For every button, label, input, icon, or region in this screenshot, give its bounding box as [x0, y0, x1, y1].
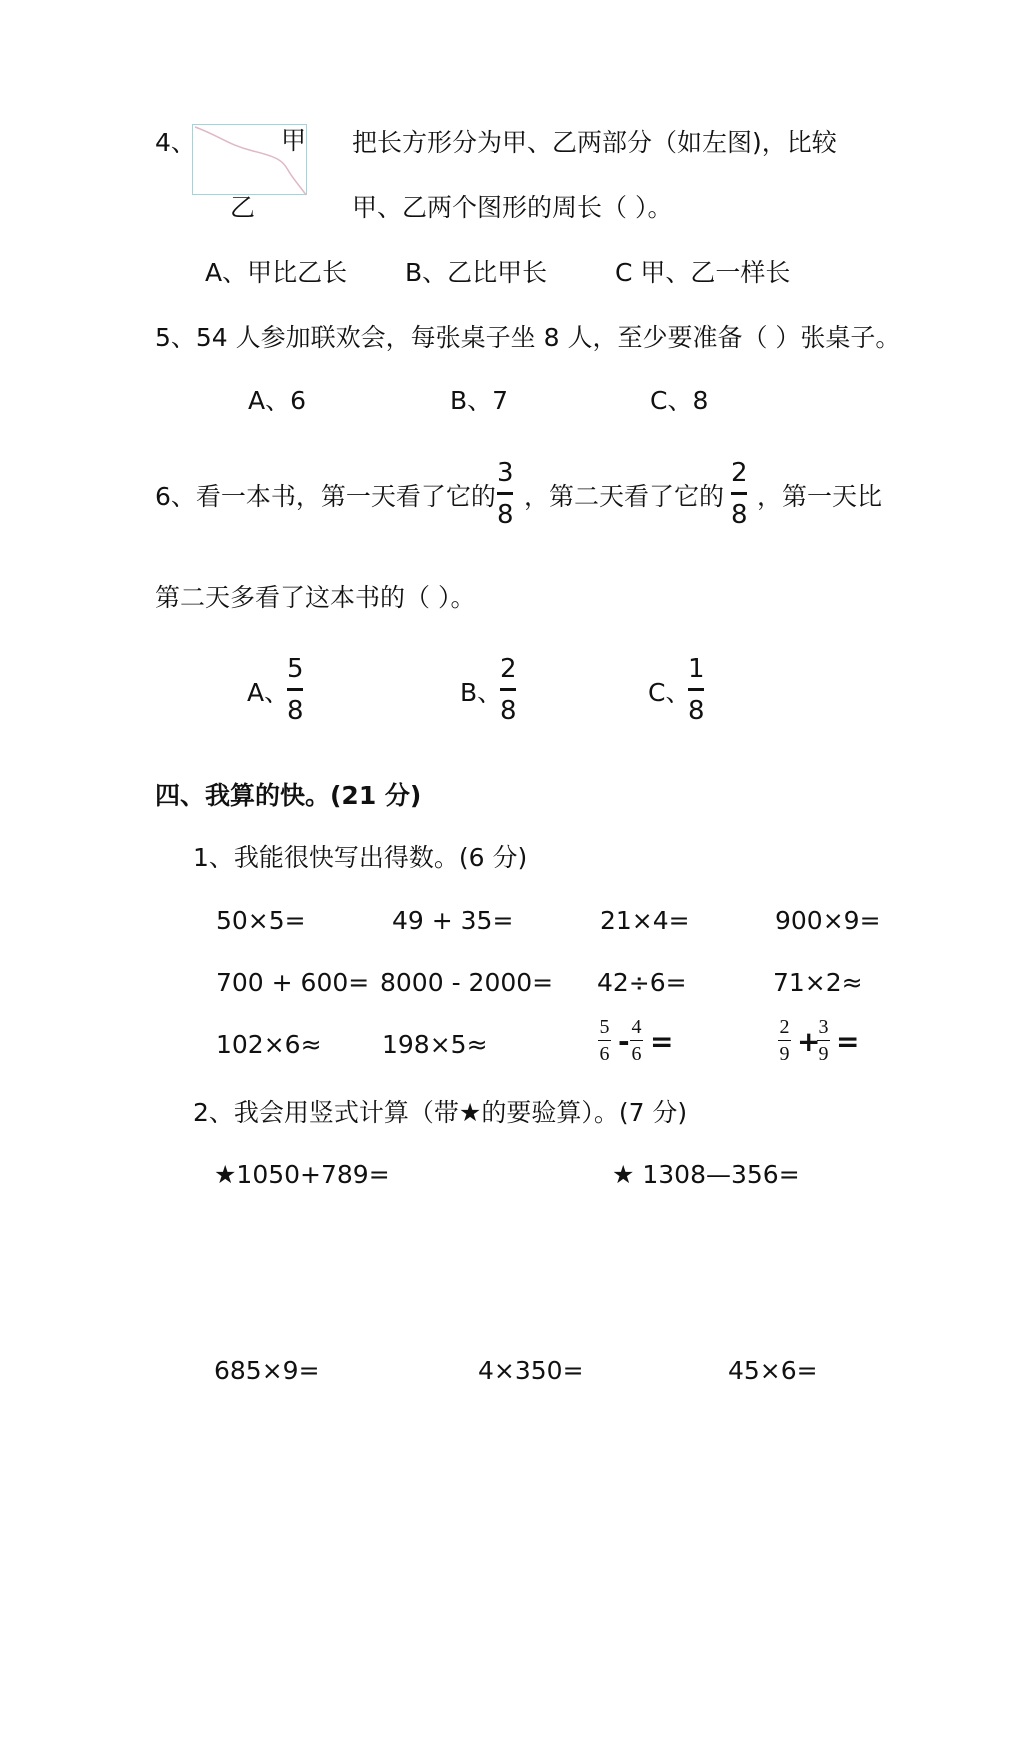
fraction-bar [497, 492, 513, 495]
q6-fraction-1: 3 8 [497, 460, 514, 528]
numerator: 3 [819, 1017, 829, 1037]
calc-r1-c1: 50×5= [216, 908, 306, 933]
denominator: 8 [287, 698, 304, 724]
minus-operator: - [618, 1028, 630, 1056]
equals-sign: = [836, 1028, 859, 1056]
sub2-title: 2、我会用竖式计算（带★的要验算）。(7 分) [193, 1100, 687, 1125]
numerator: 2 [500, 656, 517, 682]
fraction-bar [778, 1040, 791, 1041]
q6-part3: ，第一天比 [757, 484, 882, 509]
q5-text: 5、54 人参加联欢会，每张桌子坐 8 人，至少要准备（ ）张桌子。 [155, 325, 900, 350]
denominator: 6 [600, 1044, 610, 1064]
q6-option-b-fraction: 2 8 [500, 656, 517, 724]
numerator: 2 [731, 460, 748, 486]
q6-option-c-fraction: 1 8 [688, 656, 705, 724]
denominator: 8 [497, 502, 514, 528]
q6-part1: 6、看一本书，第一天看了它的 [155, 484, 496, 509]
q6-option-a-fraction: 5 8 [287, 656, 304, 724]
calc-r3-c4-frac-a: 2 9 [778, 1017, 791, 1064]
calc-r2-c1: 700 + 600= [216, 970, 369, 995]
numerator: 2 [780, 1017, 790, 1037]
numerator: 4 [632, 1017, 642, 1037]
section-4-heading: 四、我算的快。(21 分) [155, 783, 421, 808]
calc-r3-c4-frac-b: 3 9 [817, 1017, 830, 1064]
q6-part2: ，第二天看了它的 [524, 484, 724, 509]
q6-option-b-label: B、 [460, 680, 502, 705]
q4-line2: 甲、乙两个图形的周长（ ）。 [352, 195, 672, 220]
vertical-calc-3: 45×6= [728, 1358, 818, 1383]
calc-r3-c3-frac-b: 4 6 [630, 1017, 643, 1064]
fraction-bar [731, 492, 747, 495]
calc-r2-c3: 42÷6= [597, 970, 687, 995]
denominator: 8 [688, 698, 705, 724]
denominator: 9 [819, 1044, 829, 1064]
calc-r3-c2: 198×5≈ [382, 1032, 488, 1057]
q4-option-a: A、甲比乙长 [205, 260, 347, 285]
fraction-bar [630, 1040, 643, 1041]
vertical-calc-starred-2: ★ 1308—356= [612, 1162, 800, 1187]
fraction-bar [688, 688, 704, 691]
calc-r2-c4: 71×2≈ [773, 970, 863, 995]
fraction-bar [500, 688, 516, 691]
q6-line2: 第二天多看了这本书的（ ）。 [155, 585, 475, 610]
calc-r3-c3-frac-a: 5 6 [598, 1017, 611, 1064]
numerator: 5 [600, 1017, 610, 1037]
numerator: 1 [688, 656, 705, 682]
denominator: 9 [780, 1044, 790, 1064]
numerator: 5 [287, 656, 304, 682]
q4-option-c: C 甲、乙一样长 [615, 260, 790, 285]
calc-r3-c1: 102×6≈ [216, 1032, 322, 1057]
q4-option-b: B、乙比甲长 [405, 260, 547, 285]
vertical-calc-2: 4×350= [478, 1358, 584, 1383]
denominator: 8 [500, 698, 517, 724]
calc-r1-c2: 49 + 35= [392, 908, 513, 933]
q5-option-a: A、6 [248, 388, 306, 413]
fraction-bar [287, 688, 303, 691]
vertical-calc-starred-1: ★1050+789= [214, 1162, 390, 1187]
q6-option-c-label: C、 [648, 680, 690, 705]
q6-fraction-2: 2 8 [731, 460, 748, 528]
denominator: 8 [731, 502, 748, 528]
q4-number: 4、 [155, 130, 196, 155]
q5-option-c: C、8 [650, 388, 708, 413]
sub1-title: 1、我能很快写出得数。(6 分) [193, 845, 527, 870]
calc-r1-c4: 900×9= [775, 908, 881, 933]
vertical-calc-1: 685×9= [214, 1358, 320, 1383]
q5-option-b: B、7 [450, 388, 508, 413]
equals-sign: = [650, 1028, 673, 1056]
q6-option-a-label: A、 [247, 680, 289, 705]
calc-r1-c3: 21×4= [600, 908, 690, 933]
fraction-bar [817, 1040, 830, 1041]
fraction-bar [598, 1040, 611, 1041]
numerator: 3 [497, 460, 514, 486]
calc-r2-c2: 8000 - 2000= [380, 970, 553, 995]
figure-label-yi: 乙 [230, 195, 255, 220]
figure-label-jia: 甲 [281, 128, 306, 153]
q4-line1: 把长方形分为甲、乙两部分（如左图)，比较 [352, 130, 837, 155]
denominator: 6 [632, 1044, 642, 1064]
